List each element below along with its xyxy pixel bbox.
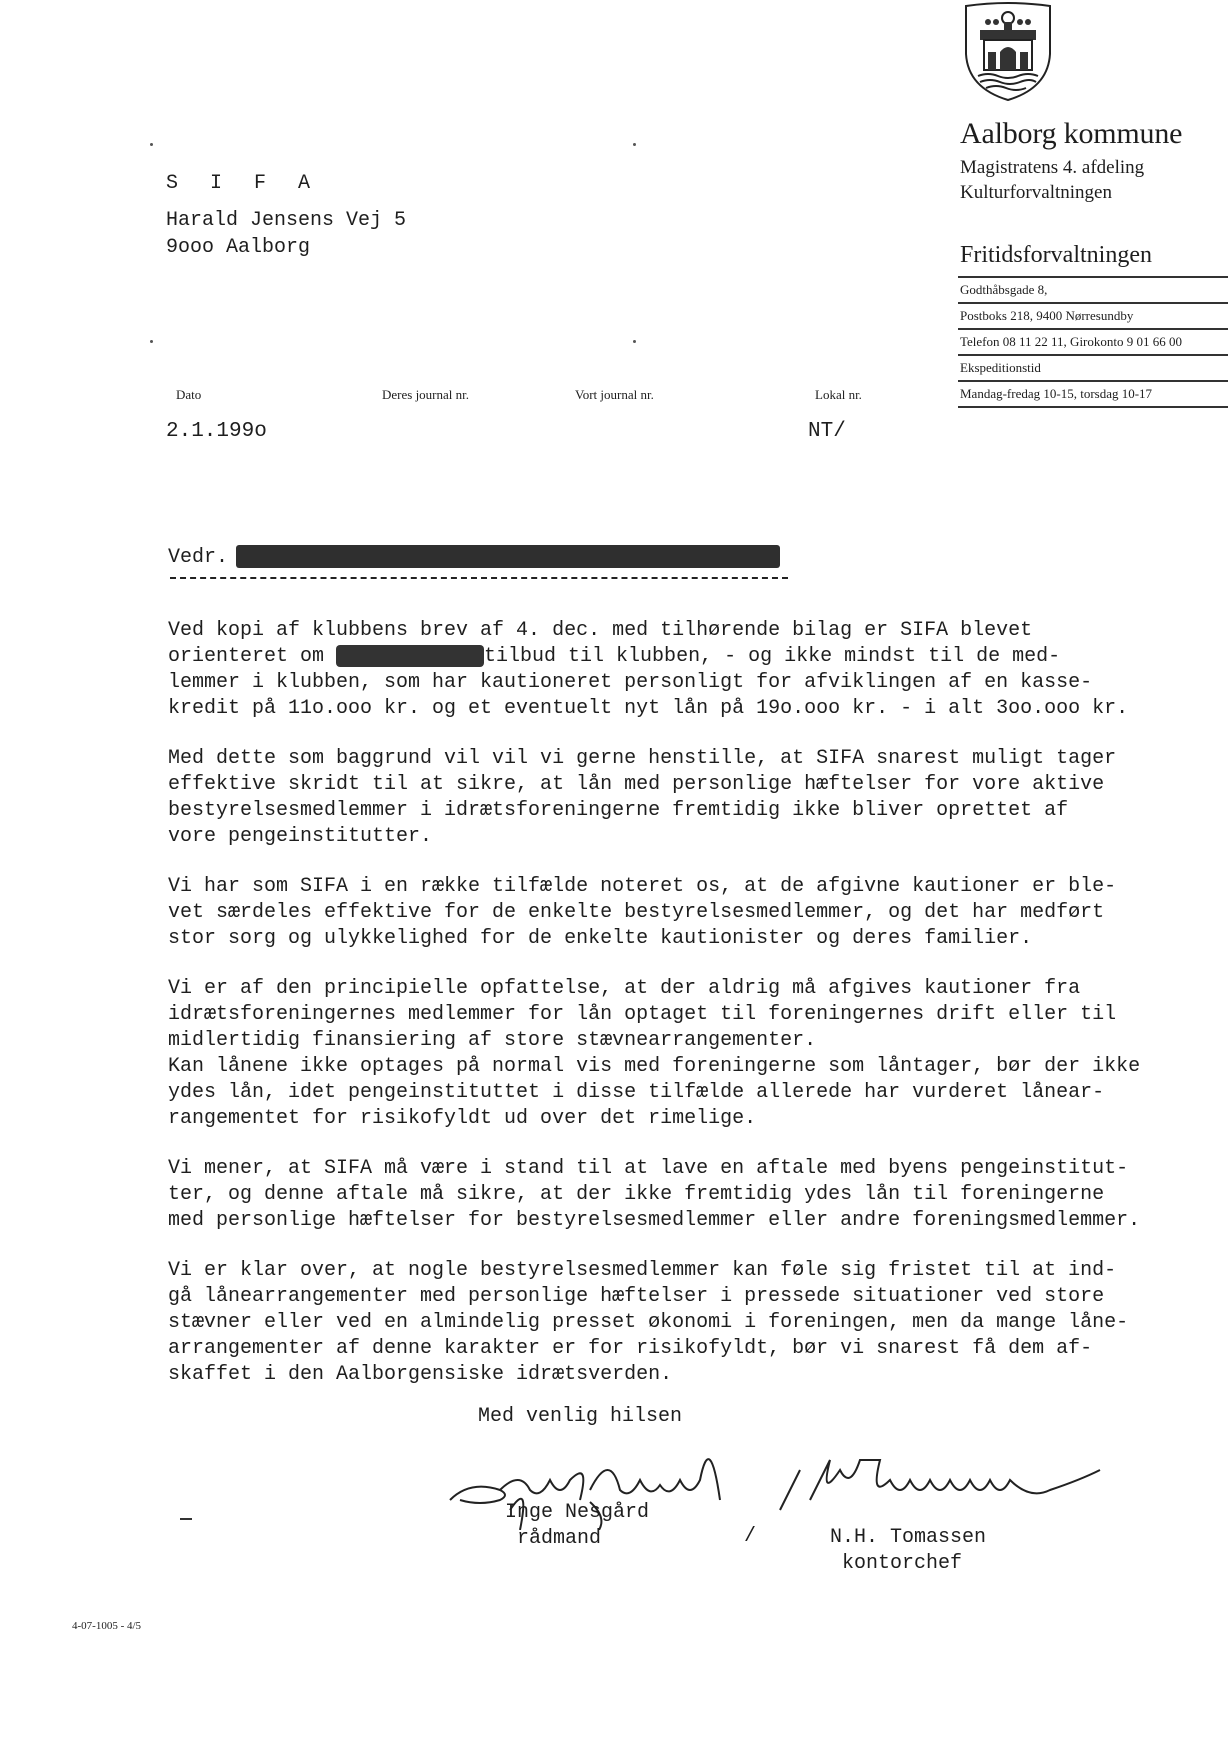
- our-journal-label: Vort journal nr.: [575, 387, 654, 403]
- letter-body: Ved kopi af klubbens brev af 4. dec. med…: [168, 618, 1128, 1412]
- subject-underline: [170, 577, 788, 579]
- info-row: Ekspeditionstid: [958, 354, 1228, 380]
- info-row: Postboks 218, 9400 Nørresundby: [958, 302, 1228, 328]
- redacted-subject: [236, 545, 780, 568]
- fold-mark: [150, 143, 153, 146]
- fold-mark: [150, 340, 153, 343]
- info-row: Telefon 08 11 22 11, Girokonto 9 01 66 0…: [958, 328, 1228, 354]
- recipient-street: Harald Jensens Vej 5: [166, 207, 406, 234]
- recipient-address: S I F A Harald Jensens Vej 5 9ooo Aalbor…: [166, 170, 406, 261]
- paragraph: Vi mener, at SIFA må være i stand til at…: [168, 1156, 1128, 1234]
- subject-prefix: Vedr.: [168, 546, 228, 569]
- department-line: Kulturforvaltningen: [960, 180, 1144, 205]
- fold-mark: [633, 340, 636, 343]
- office-name: Fritidsforvaltningen: [960, 242, 1152, 269]
- signature-separator: /: [744, 1525, 756, 1548]
- signer-2: N.H. Tomassen kontorchef: [830, 1525, 986, 1577]
- paragraph: Med dette som baggrund vil vil vi gerne …: [168, 746, 1128, 850]
- recipient-city: 9ooo Aalborg: [166, 234, 406, 261]
- form-number: 4-07-1005 - 4/5: [72, 1620, 141, 1632]
- recipient-name: S I F A: [166, 170, 406, 197]
- closing-greeting: Med venlig hilsen: [478, 1405, 682, 1428]
- signer-2-name: N.H. Tomassen: [830, 1525, 986, 1551]
- paragraph: Vi er klar over, at nogle bestyrelsesmed…: [168, 1258, 1128, 1388]
- local-label: Lokal nr.: [815, 387, 862, 403]
- paragraph: Vi er af den principielle opfattelse, at…: [168, 976, 1128, 1132]
- signer-1-name: Inge Nesgård: [505, 1500, 649, 1526]
- signer-1-title: rådmand: [505, 1526, 649, 1552]
- organization-name: Aalborg kommune: [960, 117, 1182, 151]
- redacted-name: [336, 645, 484, 667]
- fold-mark: [633, 143, 636, 146]
- signer-2-title: kontorchef: [830, 1551, 986, 1577]
- local-value: NT/: [808, 420, 846, 443]
- aalborg-coat-of-arms-icon: [960, 2, 1056, 102]
- info-row: Godthåbsgade 8,: [958, 276, 1228, 302]
- their-journal-label: Deres journal nr.: [382, 387, 469, 403]
- date-value: 2.1.199o: [166, 420, 267, 443]
- fold-dash-mark: [180, 1518, 192, 1520]
- paragraph: Vi har som SIFA i en række tilfælde note…: [168, 874, 1128, 952]
- paragraph: Ved kopi af klubbens brev af 4. dec. med…: [168, 618, 1128, 722]
- letterhead-info-table: Godthåbsgade 8, Postboks 218, 9400 Nørre…: [958, 276, 1228, 408]
- signer-1: Inge Nesgård rådmand: [505, 1500, 649, 1552]
- info-row: Mandag-fredag 10-15, torsdag 10-17: [958, 380, 1228, 408]
- date-label: Dato: [176, 387, 201, 403]
- subject-line: Vedr.: [168, 545, 780, 569]
- department-line: Magistratens 4. afdeling: [960, 155, 1144, 180]
- department-lines: Magistratens 4. afdeling Kulturforvaltni…: [960, 155, 1144, 205]
